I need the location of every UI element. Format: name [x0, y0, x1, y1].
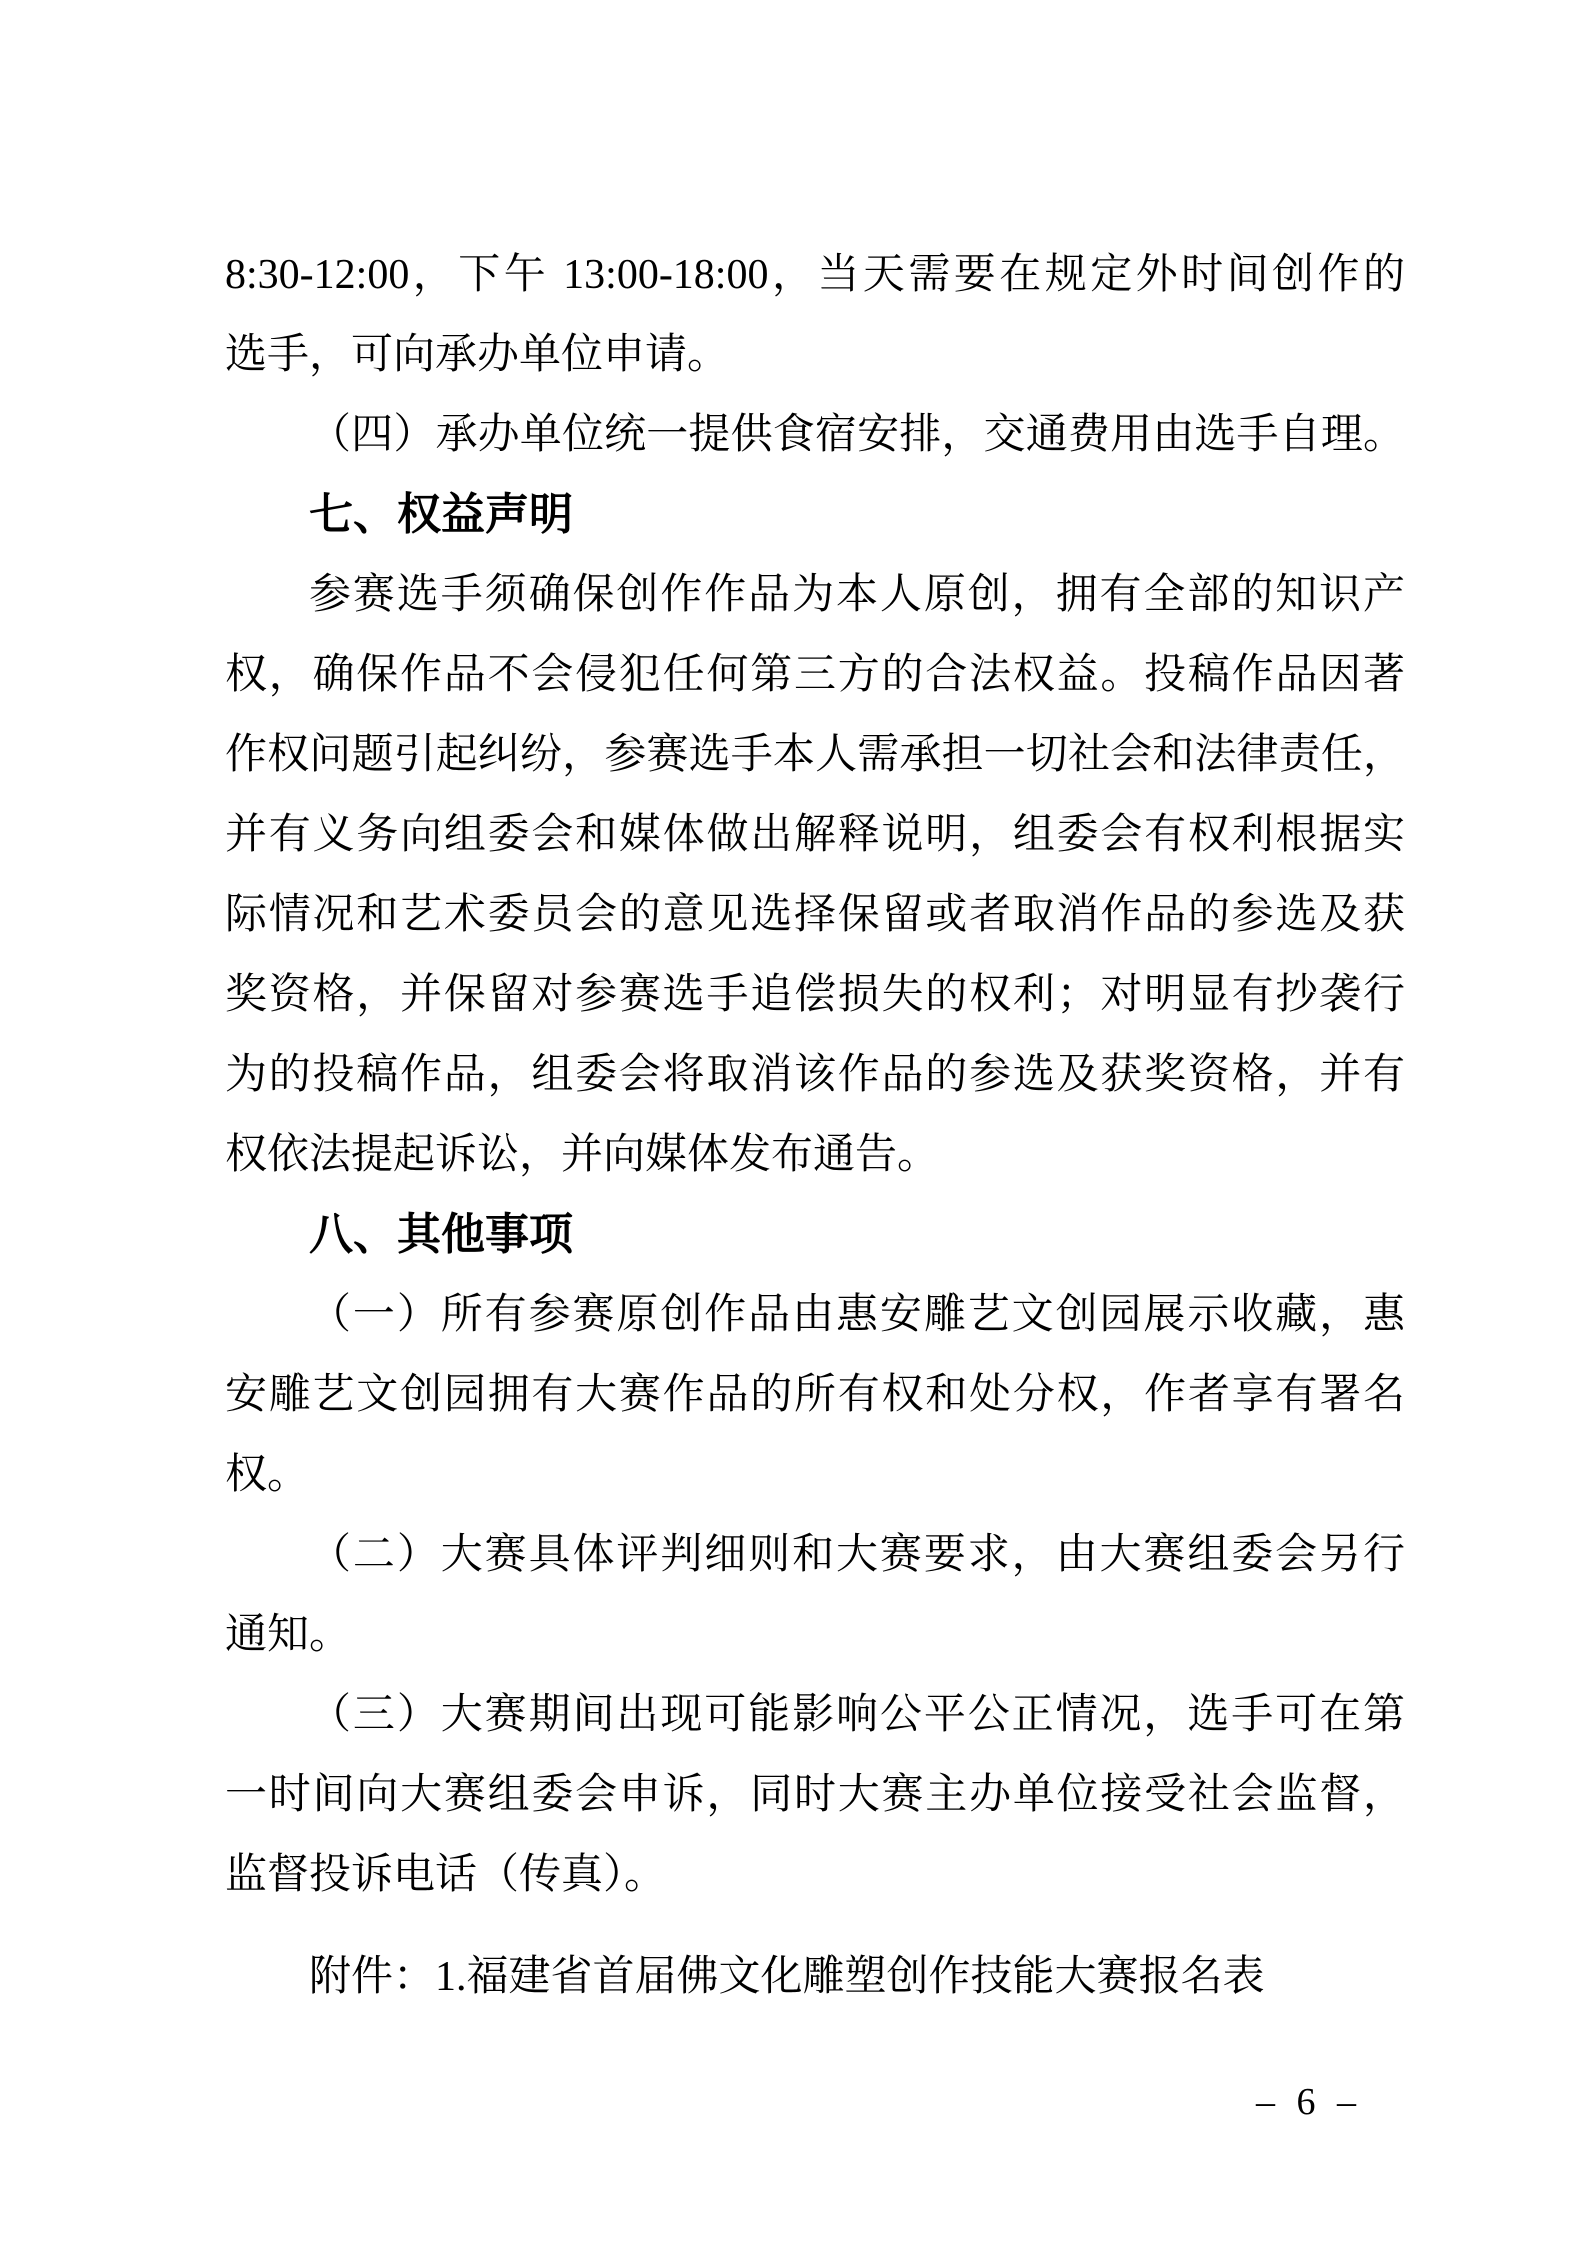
text-line: （二）大赛具体评判细则和大赛要求，由大赛组委会另行 [225, 1515, 1405, 1595]
text-line: 权依法提起诉讼，并向媒体发布通告。 [225, 1115, 1405, 1195]
text-line: 监督投诉电话（传真）。 [225, 1835, 1405, 1915]
text-line: 通知。 [225, 1595, 1405, 1675]
document-page: 8:30-12:00，下午 13:00-18:00，当天需要在规定外时间创作的 … [0, 0, 1587, 2245]
text-line: 并有义务向组委会和媒体做出解释说明，组委会有权利根据实 [225, 795, 1405, 875]
text-line: 一时间向大赛组委会申诉，同时大赛主办单位接受社会监督， [225, 1755, 1405, 1835]
text-line: 为的投稿作品，组委会将取消该作品的参选及获奖资格，并有 [225, 1035, 1405, 1115]
section-heading-8: 八、其他事项 [225, 1195, 1405, 1275]
text-line: 作权问题引起纠纷，参赛选手本人需承担一切社会和法律责任， [225, 715, 1405, 795]
text-line: （一）所有参赛原创作品由惠安雕艺文创园展示收藏，惠 [225, 1275, 1405, 1355]
text-line: 权，确保作品不会侵犯任何第三方的合法权益。投稿作品因著 [225, 635, 1405, 715]
text-line: （三）大赛期间出现可能影响公平公正情况，选手可在第 [225, 1675, 1405, 1755]
text-line: 8:30-12:00，下午 13:00-18:00，当天需要在规定外时间创作的 [225, 235, 1405, 315]
text-line: （四）承办单位统一提供食宿安排，交通费用由选手自理。 [225, 395, 1405, 475]
text-line: 奖资格，并保留对参赛选手追偿损失的权利；对明显有抄袭行 [225, 955, 1405, 1035]
text-line: 选手，可向承办单位申请。 [225, 315, 1405, 395]
text-line: 参赛选手须确保创作作品为本人原创，拥有全部的知识产 [225, 555, 1405, 635]
text-line: 权。 [225, 1435, 1405, 1515]
attachment-line: 附件：1.福建省首届佛文化雕塑创作技能大赛报名表 [225, 1937, 1405, 2017]
text-line: 安雕艺文创园拥有大赛作品的所有权和处分权，作者享有署名 [225, 1355, 1405, 1435]
page-number: – 6 – [1256, 2078, 1362, 2126]
text-line: 际情况和艺术委员会的意见选择保留或者取消作品的参选及获 [225, 875, 1405, 955]
section-heading-7: 七、权益声明 [225, 475, 1405, 555]
document-body: 8:30-12:00，下午 13:00-18:00，当天需要在规定外时间创作的 … [225, 235, 1405, 2017]
